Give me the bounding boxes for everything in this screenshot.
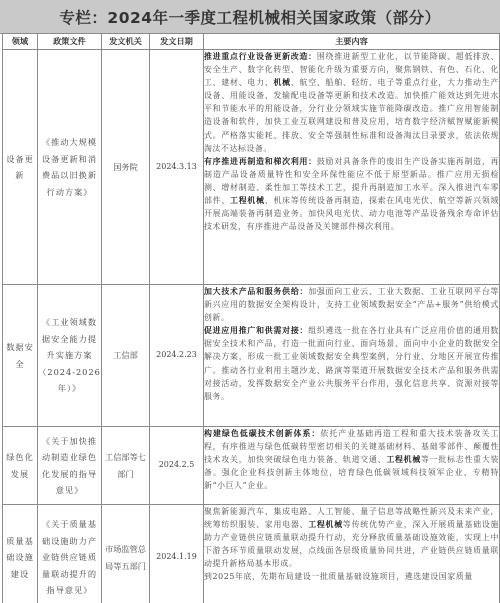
main-content-cell: 聚焦新能源汽车、集成电路、人工智能、量子信息等战略性新兴及未来产业，统筹纺织服装… <box>204 505 500 603</box>
domain-cell: 数据安全 <box>3 285 38 427</box>
highlight-keyword: 机械 <box>273 78 290 87</box>
content-paragraph: 构建绿色低碳技术创新体系：依托产业基础再造工程和重大技术装备攻关工程，有序推进与… <box>204 427 499 492</box>
issue-date-cell: 2024.1.19 <box>150 505 204 603</box>
table-row: 设备更新 《推动大规模设备更新和消费品以旧换新行动方案》 国务院 2024.3.… <box>3 50 500 285</box>
paragraph-lead: 促进应用推广和供需对接： <box>204 326 308 335</box>
header-policy-document: 政策文件 <box>38 34 102 50</box>
header-main-content: 主要内容 <box>204 34 500 50</box>
header-issue-date: 发文日期 <box>150 34 204 50</box>
content-paragraph: 推进重点行业设备更新改造：围绕推进新型工业化，以节能降碳、超低排放、安全生产、数… <box>204 50 499 155</box>
issuing-authority-cell: 工信部等七部门 <box>102 427 150 505</box>
paragraph-lead: 推进重点行业设备更新改造： <box>204 52 317 61</box>
table-row: 数据安全 《工业领域数据安全能力提升实施方案（2024-2026年）》 工信部 … <box>3 285 500 427</box>
content-paragraph: 有序推进再制造和梯次利用：鼓励对具备条件的废旧生产设备实施再制造，再制造产品设备… <box>204 155 499 234</box>
policy-document-cell: 《关于质量基础设施助力产业链供应链质量联动提升的指导意见》 <box>38 505 102 603</box>
main-content-cell: 构建绿色低碳技术创新体系：依托产业基础再造工程和重大技术装备攻关工程，有序推进与… <box>204 427 500 505</box>
table-row: 质量基础设施建设 《关于质量基础设施助力产业链供应链质量联动提升的指导意见》 市… <box>3 505 500 603</box>
content-paragraph: 加大技术产品和服务供给：加强面向工业云、工业大数据、工业互联网平台等新兴应用的数… <box>204 285 499 324</box>
domain-cell: 质量基础设施建设 <box>3 505 38 603</box>
policy-document-cell: 《关于加快推动制造业绿色化发展的指导意见》 <box>38 427 102 505</box>
highlight-keyword: 工程机械 <box>230 196 265 205</box>
paragraph-lead: 加大技术产品和服务供给： <box>204 287 308 296</box>
policy-document-cell: 《工业领域数据安全能力提升实施方案（2024-2026年）》 <box>38 285 102 427</box>
issue-date-cell: 2024.2.23 <box>150 285 204 427</box>
header-domain: 领域 <box>3 34 38 50</box>
header-issuing-authority: 发文机关 <box>102 34 150 50</box>
paragraph-lead: 构建绿色低碳技术创新体系： <box>204 429 320 438</box>
main-content-cell: 推进重点行业设备更新改造：围绕推进新型工业化，以节能降碳、超低排放、安全生产、数… <box>204 50 500 285</box>
issue-date-cell: 2024.2.5 <box>150 427 204 505</box>
paragraph-lead: 有序推进再制造和梯次利用： <box>204 157 317 166</box>
issuing-authority-cell: 市场监管总局等五部门 <box>102 505 150 603</box>
content-paragraph: 促进应用推广和供需对接：组织遴选一批在各行业具有广泛应用价值的通用数据安全技术和… <box>204 324 499 403</box>
policy-table: 领域 政策文件 发文机关 发文日期 主要内容 设备更新 《推动大规模设备更新和消… <box>2 33 500 603</box>
domain-cell: 绿色化发展 <box>3 427 38 505</box>
issuing-authority-cell: 国务院 <box>102 50 150 285</box>
issue-date-cell: 2024.3.13 <box>150 50 204 285</box>
domain-cell: 设备更新 <box>3 50 38 285</box>
issuing-authority-cell: 工信部 <box>102 285 150 427</box>
highlight-keyword: 工程机械 <box>308 520 343 529</box>
table-row: 绿色化发展 《关于加快推动制造业绿色化发展的指导意见》 工信部等七部门 2024… <box>3 427 500 505</box>
highlight-keyword: 工程机械 <box>386 455 421 464</box>
content-paragraph: 聚焦新能源汽车、集成电路、人工智能、量子信息等战略性新兴及未来产业，统筹纺织服装… <box>204 505 499 570</box>
policy-document-cell: 《推动大规模设备更新和消费品以旧换新行动方案》 <box>38 50 102 285</box>
policy-document-page: 专栏：2024年一季度工程机械相关国家政策（部分） 领域 政策文件 发文机关 发… <box>0 0 500 603</box>
content-paragraph: 到2025年底，先期布局建设一批质量基础设施项目，遴选建设国家质量 <box>204 570 499 583</box>
column-title: 专栏：2024年一季度工程机械相关国家政策（部分） <box>0 0 500 34</box>
table-header-row: 领域 政策文件 发文机关 发文日期 主要内容 <box>3 34 500 50</box>
main-content-cell: 加大技术产品和服务供给：加强面向工业云、工业大数据、工业互联网平台等新兴应用的数… <box>204 285 500 427</box>
